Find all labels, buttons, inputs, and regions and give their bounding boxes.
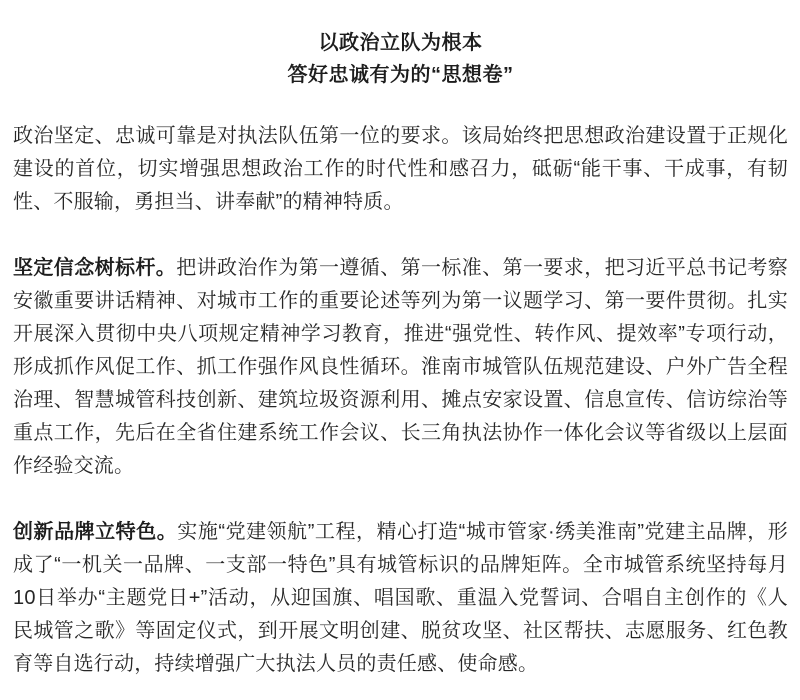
paragraph-brand-lead: 创新品牌立特色。 [13, 521, 177, 543]
paragraph-intro-text: 政治坚定、忠诚可靠是对执法队伍第一位的要求。该局始终把思想政治建设置于正规化建设… [13, 125, 788, 213]
title-line-2: 答好忠诚有为的“思想卷” [13, 59, 788, 91]
paragraph-ideals-lead: 坚定信念树标杆。 [13, 257, 176, 279]
paragraph-brand: 创新品牌立特色。实施“党建领航”工程，精心打造“城市管家·绣美淮南”党建主品牌，… [13, 516, 788, 681]
paragraph-intro: 政治坚定、忠诚可靠是对执法队伍第一位的要求。该局始终把思想政治建设置于正规化建设… [13, 120, 788, 219]
paragraph-ideals-text: 把讲政治作为第一遵循、第一标准、第一要求，把习近平总书记考察安徽重要讲话精神、对… [13, 257, 788, 477]
page: { "colors": { "background": "#ffffff", "… [0, 0, 800, 700]
paragraph-ideals: 坚定信念树标杆。把讲政治作为第一遵循、第一标准、第一要求，把习近平总书记考察安徽… [13, 252, 788, 483]
title-line-1: 以政治立队为根本 [13, 27, 788, 59]
article-title: 以政治立队为根本 答好忠诚有为的“思想卷” [13, 27, 788, 91]
paragraph-brand-text: 实施“党建领航”工程，精心打造“城市管家·绣美淮南”党建主品牌，形成了“一机关一… [13, 521, 788, 675]
article-body: 以政治立队为根本 答好忠诚有为的“思想卷” 政治坚定、忠诚可靠是对执法队伍第一位… [0, 0, 800, 681]
